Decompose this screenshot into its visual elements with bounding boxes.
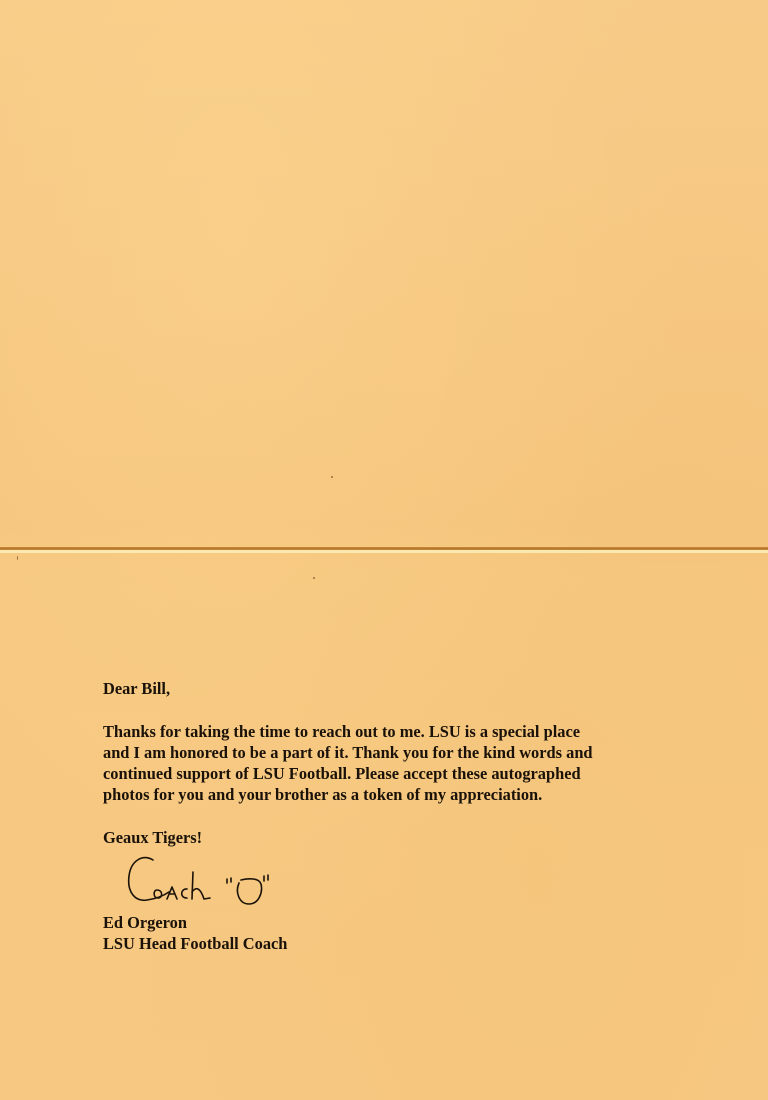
letter-closing: Geaux Tigers! xyxy=(103,827,703,848)
letter-body-line: continued support of LSU Football. Pleas… xyxy=(103,763,703,784)
letter-body-line: photos for you and your brother as a tok… xyxy=(103,784,703,805)
letter-body-line: Thanks for taking the time to reach out … xyxy=(103,721,703,742)
letter-text: Dear Bill, Thanks for taking the time to… xyxy=(103,678,703,954)
card-top-panel xyxy=(0,0,768,547)
note-card: Dear Bill, Thanks for taking the time to… xyxy=(0,0,768,1100)
signature-icon xyxy=(113,852,333,914)
letter-greeting: Dear Bill, xyxy=(103,678,703,699)
letter-body: Thanks for taking the time to reach out … xyxy=(103,721,703,805)
signer-title: LSU Head Football Coach xyxy=(103,933,703,954)
handwritten-signature: Coach "O" xyxy=(113,852,333,914)
letter-body-line: and I am honored to be a part of it. Tha… xyxy=(103,742,703,763)
paper-speck xyxy=(17,556,18,560)
paper-speck xyxy=(313,577,315,579)
signer-name: Ed Orgeron xyxy=(103,912,703,933)
paper-speck xyxy=(331,476,333,478)
